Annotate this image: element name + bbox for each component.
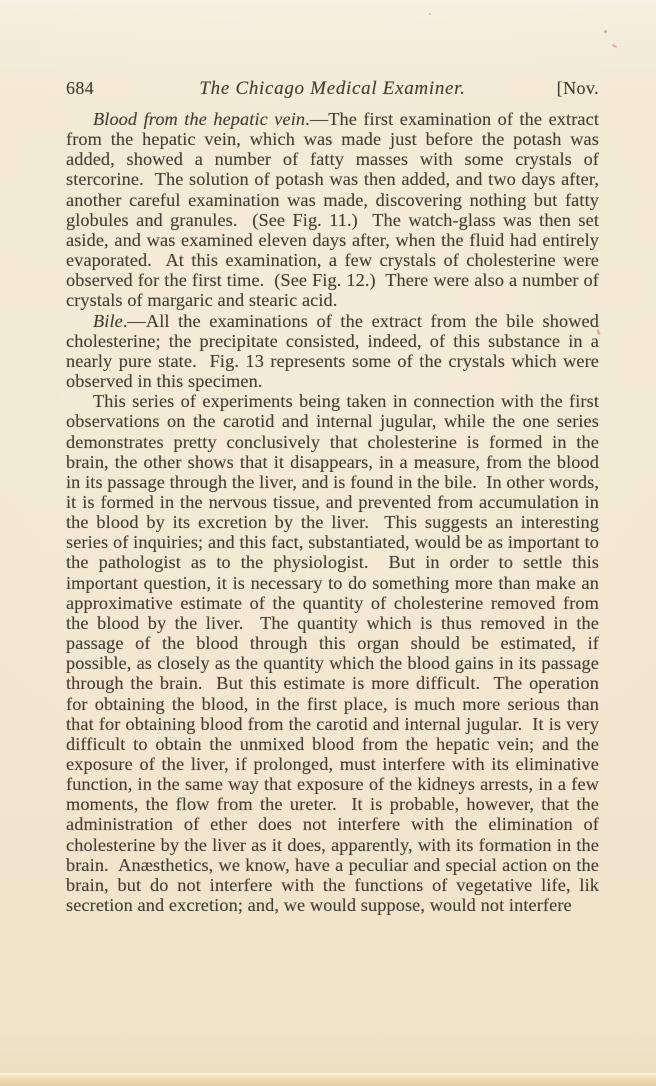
paragraph-body: .—The first examination of the extract f… (66, 109, 604, 310)
paragraph-body: .—All the examinations of the extract fr… (66, 311, 604, 391)
page-body-text: Blood from the hepatic vein.—The first e… (66, 109, 599, 915)
paper-speck (429, 13, 431, 15)
scanned-page: 684 The Chicago Medical Examiner. [Nov. … (0, 0, 656, 1086)
paragraph-body: This series of experiments being taken i… (66, 391, 604, 915)
page-number: 684 (66, 78, 136, 99)
paper-top-edge (0, 0, 656, 9)
paragraph-blood-from-hepatic-vein: Blood from the hepatic vein.—The first e… (66, 109, 599, 311)
paragraph-lead-italic: Bile (93, 311, 123, 331)
paper-speck (612, 44, 617, 48)
paper-speck (604, 30, 607, 33)
issue-month-label: [Nov. (529, 78, 599, 99)
page-header: 684 The Chicago Medical Examiner. [Nov. (66, 78, 599, 100)
journal-title: The Chicago Medical Examiner. (136, 78, 529, 100)
paragraph-lead-italic: Blood from the hepatic vein (93, 109, 305, 129)
paper-bottom-edge (0, 1073, 656, 1086)
paragraph-discussion: This series of experiments being taken i… (66, 391, 599, 915)
paragraph-bile: Bile.—All the examinations of the extrac… (66, 311, 599, 392)
